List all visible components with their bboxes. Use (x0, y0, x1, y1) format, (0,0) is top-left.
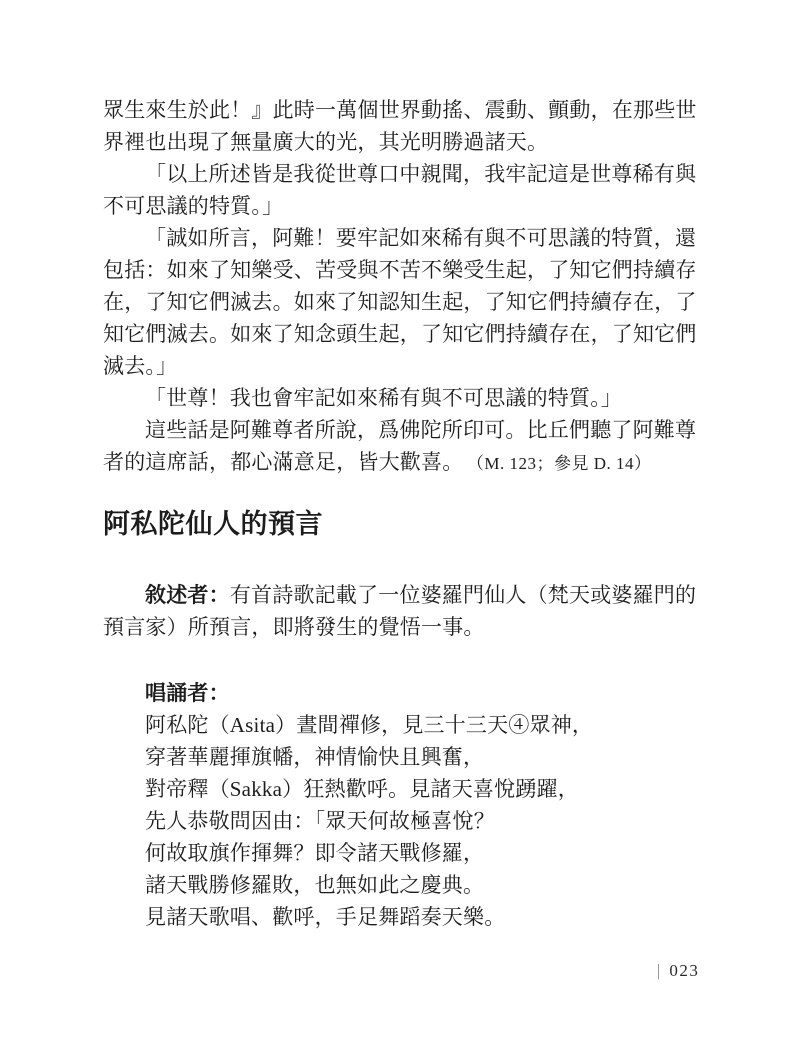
line-text: 包括：如來了知樂受、苦受與不苦不樂受生起，了知它們持續存 (103, 258, 697, 282)
book-page: 眾生來生於此！』此時一萬個世界動搖、震動、顫動，在那些世 界裡也出現了無量廣大的… (0, 0, 792, 1056)
line-text: 在，了知它們滅去。如來了知認知生起，了知它們持續存在，了 (103, 290, 697, 314)
verse-block: 阿私陀（Asita）晝間禪修，見三十三天④眾神， 穿著華麗揮旗幡，神情愉快且興奮… (145, 709, 751, 933)
verse-line: 見諸天歌唱、歡呼，手足舞蹈奏天樂。 (145, 901, 751, 933)
text-line: 滅去。」 (103, 350, 709, 382)
chanter-label: 唱誦者： (145, 681, 230, 705)
line-text: 不可思議的特質。」 (103, 194, 283, 218)
verse-line: 阿私陀（Asita）晝間禪修，見三十三天④眾神， (145, 709, 751, 741)
line-text: 穿著華麗揮旗幡，神情愉快且興奮， (145, 745, 484, 769)
text-line: 包括：如來了知樂受、苦受與不苦不樂受生起，了知它們持續存 (103, 254, 709, 286)
narrator-paragraph: 敘述者：有首詩歌記載了一位婆羅門仙人（梵天或婆羅門的 預言家）所預言，即將發生的… (103, 579, 709, 643)
line-text: 滅去。」 (103, 354, 177, 378)
line-text: 阿私陀（Asita）晝間禪修，見三十三天④眾神， (145, 713, 593, 737)
page-number: |023 (657, 960, 699, 982)
text-line: 「誠如所言，阿難！要牢記如來稀有與不可思議的特質，還 (103, 222, 709, 254)
line-text: 先人恭敬問因由：「眾天何故極喜悅？ (145, 809, 495, 833)
text-line: 「以上所述皆是我從世尊口中親聞，我牢記這是世尊稀有與 (103, 158, 709, 190)
verse-line: 諸天戰勝修羅敗，也無如此之慶典。 (145, 869, 751, 901)
line-text: 見諸天歌唱、歡呼，手足舞蹈奏天樂。 (145, 905, 505, 929)
page-number-value: 023 (669, 961, 699, 980)
line-text: 界裡也出現了無量廣大的光，其光明勝過諸天。 (103, 130, 548, 154)
line-text: 「誠如所言，阿難！要牢記如來稀有與不可思議的特質，還 (145, 226, 696, 250)
text-line: 眾生來生於此！』此時一萬個世界動搖、震動、顫動，在那些世 (103, 94, 709, 126)
text-line: 在，了知它們滅去。如來了知認知生起，了知它們持續存在，了 (103, 286, 709, 318)
line-text: 者的這席話，都心滿意足，皆大歡喜。 (103, 450, 463, 474)
text-line: 界裡也出現了無量廣大的光，其光明勝過諸天。 (103, 126, 709, 158)
line-text: 有首詩歌記載了一位婆羅門仙人（梵天或婆羅門的 (230, 583, 696, 607)
text-line: 者的這席話，都心滿意足，皆大歡喜。（M. 123；參見 D. 14） (103, 446, 709, 480)
text-line: 「世尊！我也會牢記如來稀有與不可思議的特質。」 (103, 382, 709, 414)
verse-line: 何故取旗作揮舞？即令諸天戰修羅， (145, 837, 751, 869)
main-text-block: 眾生來生於此！』此時一萬個世界動搖、震動、顫動，在那些世 界裡也出現了無量廣大的… (103, 94, 709, 480)
line-text: 預言家）所預言，即將發生的覺悟一事。 (103, 615, 485, 639)
verse-line: 先人恭敬問因由：「眾天何故極喜悅？ (145, 805, 751, 837)
text-line: 知它們滅去。如來了知念頭生起，了知它們持續存在，了知它們 (103, 318, 709, 350)
line-text: 知它們滅去。如來了知念頭生起，了知它們持續存在，了知它們 (103, 322, 697, 346)
citation: （M. 123；參見 D. 14） (475, 454, 651, 473)
text-line: 敘述者：有首詩歌記載了一位婆羅門仙人（梵天或婆羅門的 (103, 579, 709, 611)
verse-line: 穿著華麗揮旗幡，神情愉快且興奮， (145, 741, 751, 773)
text-line: 預言家）所預言，即將發生的覺悟一事。 (103, 611, 709, 643)
page-number-divider: | (658, 960, 660, 982)
line-text: 眾生來生於此！』此時一萬個世界動搖、震動、顫動，在那些世 (103, 98, 697, 122)
line-text: 何故取旗作揮舞？即令諸天戰修羅， (145, 841, 484, 865)
line-text: 這些話是阿難尊者所說，爲佛陀所印可。比丘們聽了阿難尊 (145, 418, 696, 442)
text-line: 這些話是阿難尊者所說，爲佛陀所印可。比丘們聽了阿難尊 (103, 414, 709, 446)
narrator-label: 敘述者： (145, 583, 230, 607)
line-text: 「世尊！我也會牢記如來稀有與不可思議的特質。」 (145, 386, 622, 410)
section-heading: 阿私陀仙人的預言 (103, 506, 323, 542)
line-text: 諸天戰勝修羅敗，也無如此之慶典。 (145, 873, 484, 897)
line-text: 「以上所述皆是我從世尊口中親聞，我牢記這是世尊稀有與 (145, 162, 696, 186)
text-line: 唱誦者： (145, 677, 751, 709)
chant-section: 唱誦者： 阿私陀（Asita）晝間禪修，見三十三天④眾神， 穿著華麗揮旗幡，神情… (145, 677, 751, 933)
text-line: 不可思議的特質。」 (103, 190, 709, 222)
line-text: 對帝釋（Sakka）狂熱歡呼。見諸天喜悅踴躍， (145, 777, 579, 801)
verse-line: 對帝釋（Sakka）狂熱歡呼。見諸天喜悅踴躍， (145, 773, 751, 805)
